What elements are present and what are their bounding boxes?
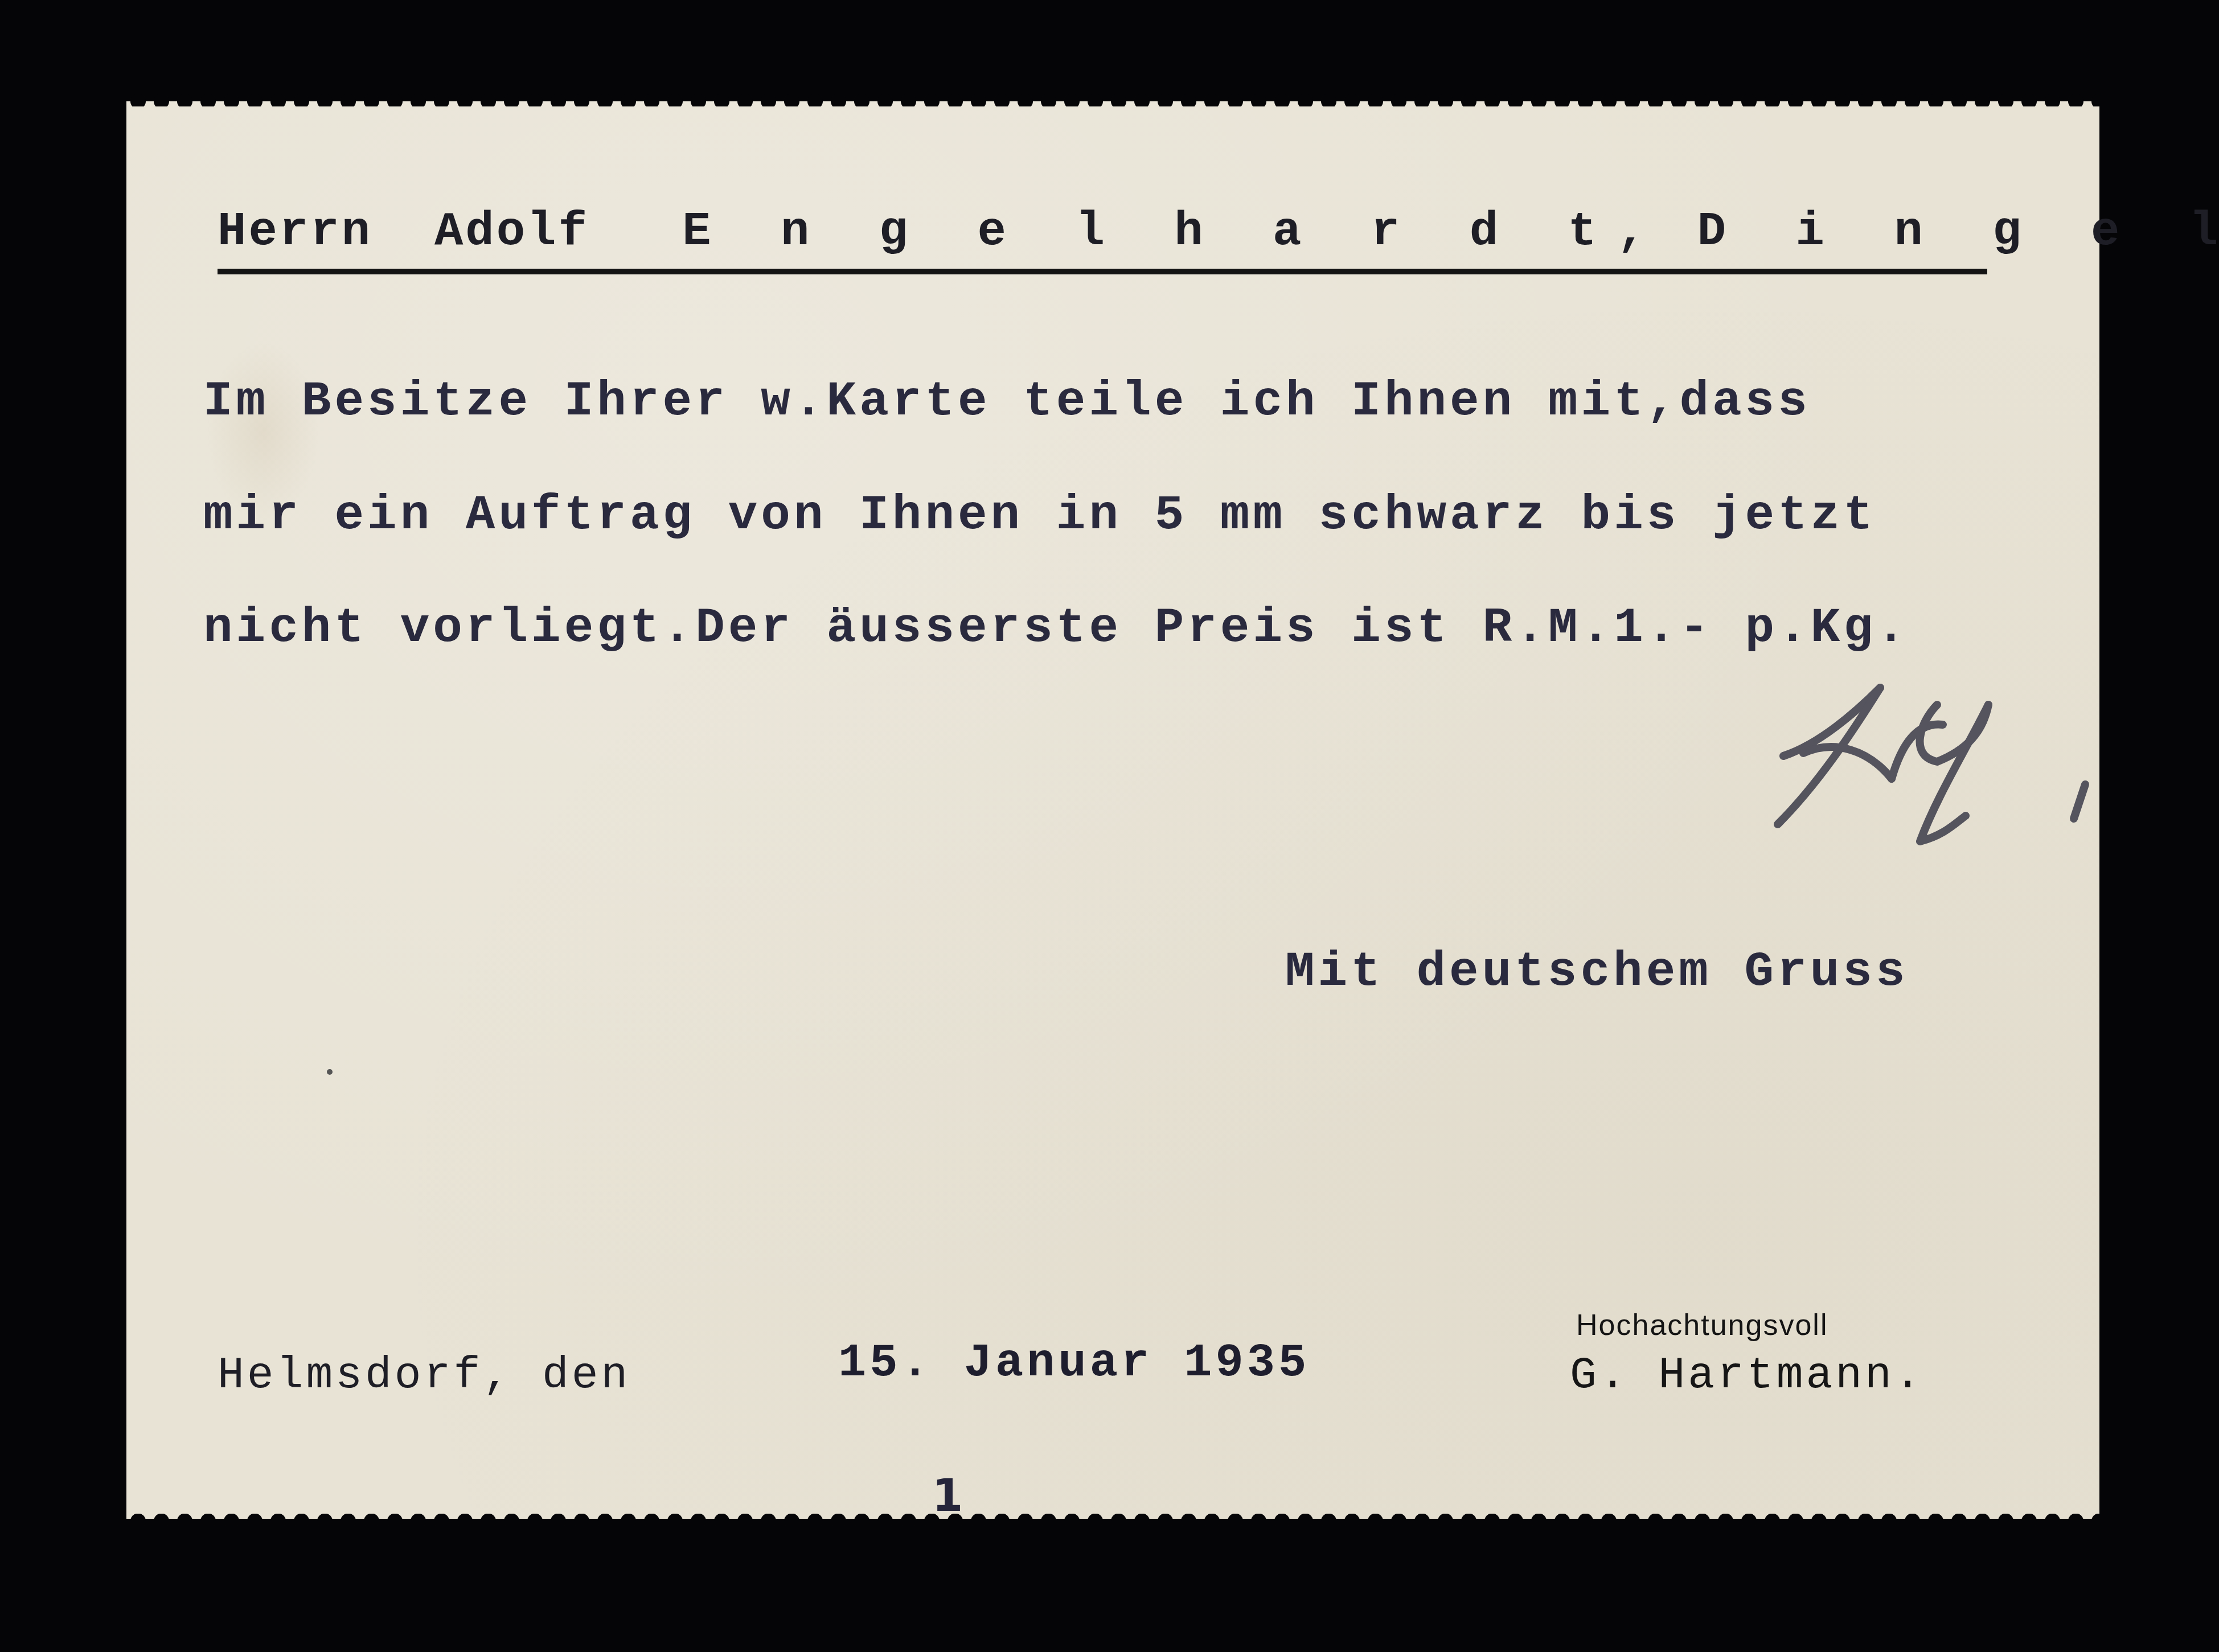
postcard: Herrn Adolf E n g e l h a r d t, D i n g… <box>126 101 2099 1519</box>
address-line: Herrn Adolf E n g e l h a r d t, D i n g… <box>218 205 2219 259</box>
body-line-3: nicht vorliegt.Der äusserste Preis ist R… <box>203 600 1909 656</box>
recipient-first-name: Adolf <box>434 205 589 259</box>
date-stamp: 15. Januar 1935 <box>838 1337 1310 1390</box>
address-underline <box>218 269 1987 274</box>
page-number: 1 <box>932 1470 963 1522</box>
place-label: Helmsdorf, den <box>218 1351 630 1401</box>
closing-greeting: Mit deutschem Gruss <box>1285 944 1909 1000</box>
ink-speck <box>327 1069 333 1075</box>
sender-name: G. Hartmann. <box>1570 1351 1924 1401</box>
recipient-town: D i n g e l <box>1697 205 2219 259</box>
perforated-top-edge <box>126 94 2099 106</box>
handwritten-initials-icon <box>1749 671 2091 864</box>
printed-formula: Hochachtungsvoll <box>1576 1308 1828 1342</box>
recipient-surname: E n g e l h a r d t, <box>682 205 1666 259</box>
body-line-2: mir ein Auftrag von Ihnen in 5 mm schwar… <box>203 487 1876 543</box>
perforated-bottom-edge <box>126 1514 2099 1526</box>
body-line-1: Im Besitze Ihrer w.Karte teile ich Ihnen… <box>203 373 1811 429</box>
salutation: Herrn <box>218 205 372 259</box>
